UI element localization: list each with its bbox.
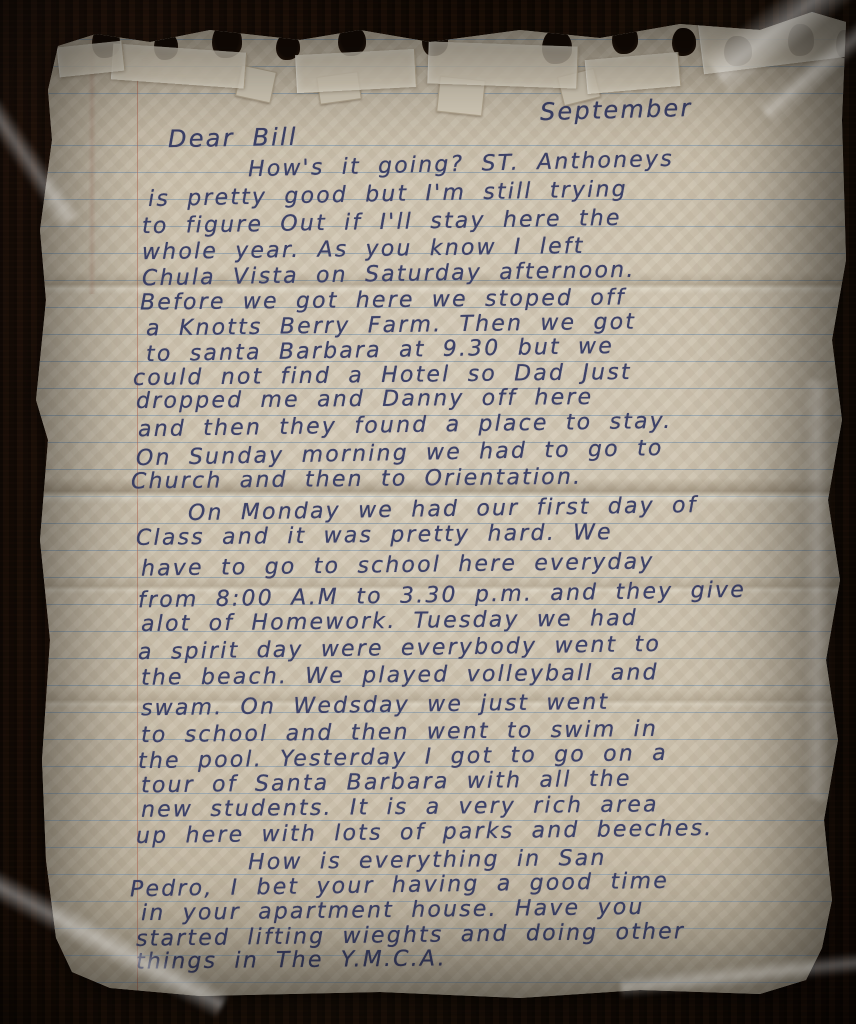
letter-line: have to go to school here everyday xyxy=(141,549,655,581)
letter-text: September Dear Bill How's it going? ST. … xyxy=(0,0,856,1024)
letter-line: alot of Homework. Tuesday we had xyxy=(141,606,638,637)
letter-line: swam. On Wedsday we just went xyxy=(141,690,610,722)
salutation-line: Dear Bill xyxy=(168,123,298,153)
date-line: September xyxy=(540,94,693,126)
paper-flap xyxy=(852,60,854,62)
letter-line: dropped me and Danny off here xyxy=(136,385,594,414)
letter-line: Church and then to Orientation. xyxy=(131,465,582,495)
letter-line: things in The Y.M.C.A. xyxy=(136,946,447,974)
paper-wrap: September Dear Bill How's it going? ST. … xyxy=(0,0,856,1024)
photo-of-handwritten-letter: September Dear Bill How's it going? ST. … xyxy=(0,0,856,1024)
letter-paper: September Dear Bill How's it going? ST. … xyxy=(0,0,856,1024)
letter-line: the beach. We played volleyball and xyxy=(141,660,659,690)
letter-line: Class and it was pretty hard. We xyxy=(136,520,613,551)
letter-line: On Monday we had our first day of xyxy=(188,493,698,526)
